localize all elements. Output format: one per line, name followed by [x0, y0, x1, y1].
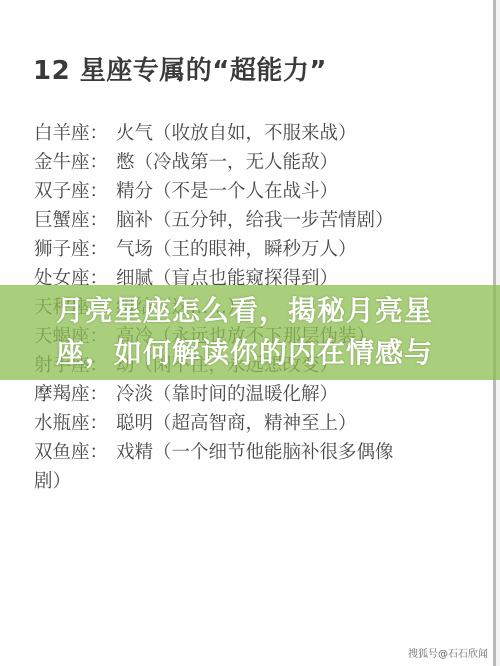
list-item: 金牛座：憋（冷战第一，无人能敌） — [34, 148, 394, 177]
list-item: 双子座：精分（不是一个人在战斗） — [34, 177, 394, 206]
sign-label: 摩羯座： — [34, 380, 116, 409]
overlay-headline: 月亮星座怎么看，揭秘月亮星座，如何解读你的内在情感与 — [56, 290, 476, 374]
sign-label: 巨蟹座： — [34, 206, 116, 235]
sign-label: 金牛座： — [34, 148, 116, 177]
list-item: 狮子座：气场（王的眼神，瞬秒万人） — [34, 235, 394, 264]
sign-power: 憋（冷战第一，无人能敌） — [116, 152, 338, 173]
list-item: 双鱼座：戏精（一个细节他能脑补很多偶像 — [34, 438, 394, 467]
list-item: 巨蟹座：脑补（五分钟，给我一步苦情剧） — [34, 206, 394, 235]
list-item: 白羊座：火气（收放自如，不服来战） — [34, 119, 394, 148]
list-item-continuation: 剧） — [34, 467, 394, 496]
sign-power: 精分（不是一个人在战斗） — [116, 181, 338, 202]
sign-label: 狮子座： — [34, 235, 116, 264]
sign-power: 冷淡（靠时间的温暖化解） — [116, 384, 338, 405]
sign-power: 戏精（一个细节他能脑补很多偶像 — [116, 442, 394, 463]
watermark: 搜狐号@石石欣闻 — [408, 645, 488, 660]
sign-label: 双子座： — [34, 177, 116, 206]
article-title: 12 星座专属的“超能力” — [33, 50, 327, 87]
sign-power: 剧） — [34, 471, 71, 492]
sign-label: 双鱼座： — [34, 438, 116, 467]
sign-power: 气场（王的眼神，瞬秒万人） — [116, 239, 357, 260]
sign-power: 火气（收放自如，不服来战） — [116, 123, 357, 144]
list-item: 摩羯座：冷淡（靠时间的温暖化解） — [34, 380, 394, 409]
sign-power: 聪明（超高智商，精神至上） — [116, 413, 357, 434]
sign-label: 白羊座： — [34, 119, 116, 148]
sign-power: 脑补（五分钟，给我一步苦情剧） — [116, 210, 394, 231]
list-item: 水瓶座：聪明（超高智商，精神至上） — [34, 409, 394, 438]
sign-label: 水瓶座： — [34, 409, 116, 438]
